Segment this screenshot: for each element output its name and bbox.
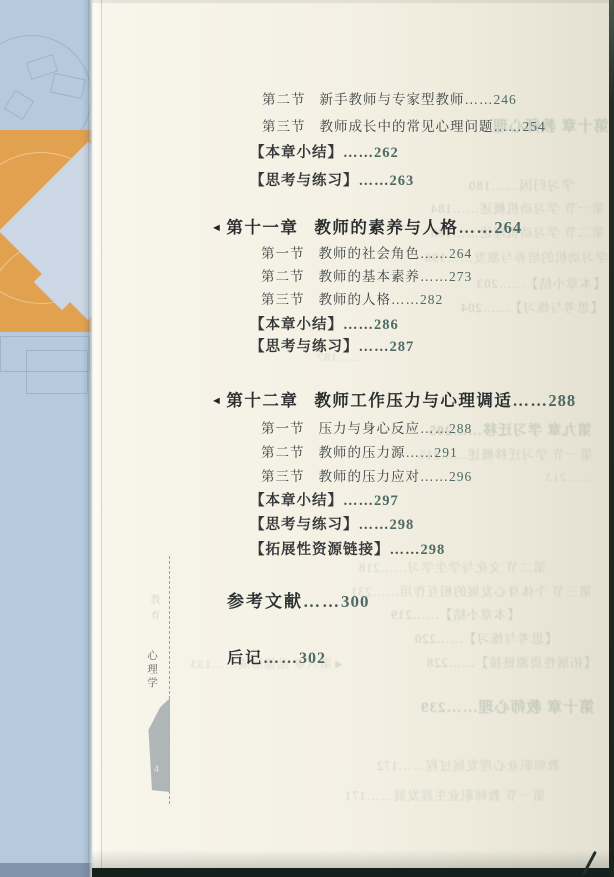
- dot-leader: ……: [465, 92, 494, 107]
- page-number: 264: [449, 246, 472, 261]
- toc-section-row: 第三节教师成长中的常见心理问题……254: [262, 115, 546, 135]
- spine-subject-label: 心理学: [145, 650, 160, 691]
- page-number: 297: [374, 493, 399, 509]
- toc-exercise-row: 【思考与练习】……263: [250, 169, 414, 190]
- cover-bottom-shadow: [0, 863, 92, 877]
- page-number: 273: [449, 269, 472, 284]
- showthrough-text: 【拓展性资源链接】……228: [426, 653, 596, 671]
- page-number: 246: [494, 92, 517, 107]
- section-label: 第二节: [261, 445, 305, 460]
- chapter-title: 教师工作压力与心理调适: [314, 391, 512, 410]
- summary-title: 【本章小结】: [250, 145, 343, 161]
- dot-leader: ……: [303, 592, 341, 611]
- section-label: 第一节: [261, 246, 305, 261]
- dot-leader: ……: [420, 421, 449, 436]
- toc-summary-row: 【本章小结】……297: [250, 489, 399, 510]
- toc-exercise-row: 【思考与练习】……298: [250, 513, 414, 534]
- exercise-title: 【思考与练习】: [250, 517, 359, 533]
- chapter-arrow-icon: ◄: [211, 395, 223, 407]
- dot-leader: ……: [420, 469, 449, 484]
- chapter-arrow-icon: ◄: [211, 222, 223, 234]
- section-label: 第三节: [261, 469, 305, 484]
- toc-section-row: 第三节教师的人格……282: [261, 288, 443, 308]
- page-number: 264: [494, 218, 522, 237]
- page-number: 286: [374, 317, 399, 333]
- toc-exercise-row: 【思考与练习】……287: [250, 335, 414, 356]
- section-label: 第二节: [261, 269, 305, 284]
- showthrough-text: 【思考与练习】……220: [414, 629, 557, 647]
- summary-title: 【本章小结】: [250, 317, 343, 333]
- page-number: 291: [435, 445, 458, 460]
- toc-section-row: 第三节教师的压力应对……296: [261, 465, 472, 485]
- showthrough-text: 【思考与练习】……204: [460, 298, 603, 316]
- page-number: 263: [390, 173, 415, 189]
- book-cover-edge: 小学、: [0, 0, 92, 877]
- showthrough-text: ……213: [545, 470, 592, 485]
- dot-leader: ……: [343, 317, 374, 333]
- photo-top-shadow: [92, 0, 614, 3]
- spine-ghost-text: 教育: [146, 594, 161, 626]
- chapter-label: 第十二章: [226, 391, 298, 410]
- section-title: 教师的基本素养: [319, 269, 421, 284]
- section-title: 教师的压力源: [319, 445, 406, 460]
- page-number: 288: [548, 391, 576, 410]
- page-number: 282: [420, 292, 443, 307]
- cover-orange-band: 小学、: [0, 130, 92, 332]
- toc-summary-row: 【本章小结】……262: [250, 141, 399, 162]
- showthrough-text: 第三节 个体身心发展的相互作用……231: [350, 582, 592, 600]
- resource-title: 【拓展性资源链接】: [250, 542, 390, 558]
- toc-summary-row: 【本章小结】……286: [250, 313, 399, 334]
- page-number: 302: [299, 650, 326, 667]
- toc-resource-row: 【拓展性资源链接】……298: [250, 538, 445, 559]
- dot-leader: ……: [390, 542, 421, 558]
- dot-leader: ……: [494, 119, 523, 134]
- section-label: 第二节: [262, 92, 306, 107]
- cover-pattern-shape: [26, 350, 88, 394]
- dot-leader: ……: [458, 218, 494, 237]
- page-number: 254: [523, 119, 546, 134]
- showthrough-text: 学习归因……180: [468, 175, 575, 194]
- section-title: 教师成长中的常见心理问题: [320, 119, 494, 134]
- page-bottom-shadow: [92, 850, 614, 868]
- references-title: 参考文献: [227, 592, 303, 611]
- section-label: 第三节: [262, 119, 306, 134]
- page-number: 296: [449, 469, 472, 484]
- showthrough-text: 第二节 文化与学生学习……218: [358, 558, 546, 576]
- toc-chapter-row: ◄第十一章教师的素养与人格……264: [211, 214, 522, 238]
- section-title: 压力与身心反应: [319, 421, 421, 436]
- showthrough-text: 第十章 教师心理……239: [420, 696, 594, 717]
- page-crease-line: [101, 0, 102, 877]
- dot-leader: ……: [343, 145, 374, 161]
- dot-leader: ……: [359, 517, 390, 533]
- book-toc-photo: 第十章 教师心理 学习归因……180 第一节 学习动机概述……184 第二节 学…: [0, 0, 614, 877]
- section-title: 教师的压力应对: [319, 469, 421, 484]
- showthrough-text: 【本章小结】……219: [390, 605, 520, 623]
- dot-leader: ……: [263, 650, 299, 667]
- dot-leader: ……: [343, 493, 374, 509]
- dot-leader: ……: [359, 339, 390, 355]
- exercise-title: 【思考与练习】: [250, 339, 359, 355]
- cover-title-text: 小学、: [28, 330, 92, 332]
- page-number: 300: [341, 592, 370, 611]
- dot-leader: ……: [406, 445, 435, 460]
- toc-section-row: 第二节新手教师与专家型教师……246: [262, 88, 517, 108]
- page-number: 262: [374, 145, 399, 161]
- chapter-title: 教师的素养与人格: [314, 218, 458, 237]
- section-label: 第一节: [261, 421, 305, 436]
- photo-bottom-edge: [92, 868, 614, 877]
- page-number: 298: [390, 517, 415, 533]
- summary-title: 【本章小结】: [250, 493, 343, 509]
- page-edge-highlight: [88, 0, 102, 877]
- exercise-title: 【思考与练习】: [250, 173, 359, 189]
- dot-leader: ……: [420, 269, 449, 284]
- showthrough-text: 第一节 教师职业生涯发展……171: [344, 786, 545, 804]
- toc-section-row: 第二节教师的压力源……291: [261, 441, 458, 461]
- section-title: 教师的社会角色: [319, 246, 421, 261]
- section-label: 第三节: [261, 292, 305, 307]
- dot-leader: ……: [359, 173, 390, 189]
- toc-section-row: 第二节教师的基本素养……273: [261, 265, 472, 285]
- page-number: 287: [390, 339, 415, 355]
- margin-sail-shape: 4: [148, 698, 170, 792]
- section-title: 新手教师与专家型教师: [320, 92, 465, 107]
- page-number: 288: [449, 421, 472, 436]
- photo-right-edge: [609, 0, 614, 877]
- chapter-label: 第十一章: [226, 218, 298, 237]
- sail-number: 4: [154, 764, 159, 774]
- dot-leader: ……: [391, 292, 420, 307]
- toc-chapter-row: ◄第十二章教师工作压力与心理调适……288: [211, 387, 576, 411]
- toc-section-row: 第一节教师的社会角色……264: [261, 242, 472, 262]
- toc-section-row: 第一节压力与身心反应……288: [261, 417, 472, 437]
- afterword-title: 后记: [227, 650, 263, 667]
- showthrough-text: 【本章小结】……203: [476, 274, 606, 292]
- page-number: 298: [421, 542, 446, 558]
- toc-references-row: 参考文献……300: [227, 587, 370, 612]
- showthrough-text: 教师职业心理发展过程……172: [376, 756, 560, 774]
- dot-leader: ……: [420, 246, 449, 261]
- dot-leader: ……: [512, 391, 548, 410]
- toc-afterword-row: 后记……302: [227, 645, 326, 668]
- section-title: 教师的人格: [319, 292, 392, 307]
